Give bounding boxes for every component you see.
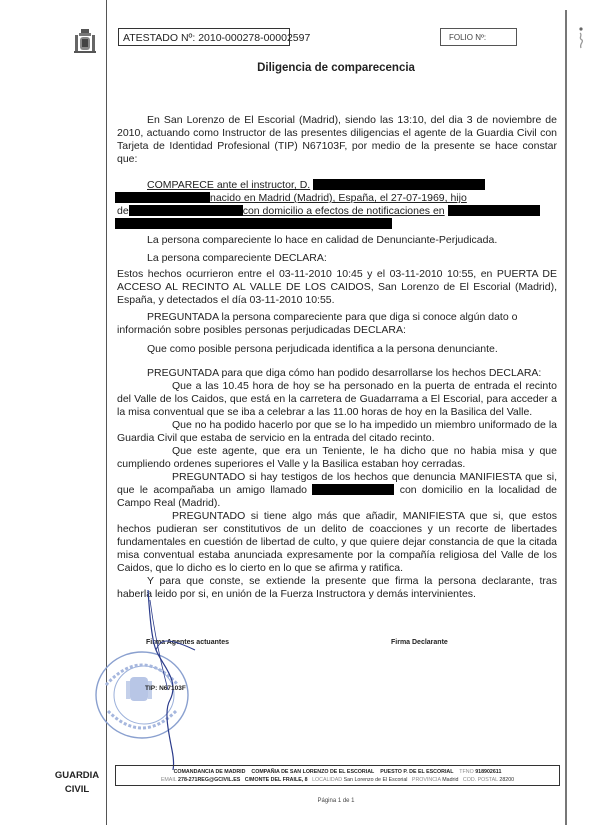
intro-paragraph: En San Lorenzo de El Escorial (Madrid), … xyxy=(117,114,557,166)
page-number: Página 1 de 1 xyxy=(107,798,565,804)
footer-localidad-label: LOCALIDAD xyxy=(312,777,342,783)
comparece-text-4: con domicilio a efectos de notificacione… xyxy=(243,205,445,217)
footer-comandancia: COMANDANCIA DE MADRID xyxy=(174,769,246,775)
folio-number: FOLIO Nº: xyxy=(440,28,517,46)
footer-tfno: 918902611 xyxy=(475,769,501,775)
footer-puesto: PUESTO P. DE EL ESCORIAL xyxy=(380,769,453,775)
redacted-address-2 xyxy=(115,218,392,229)
hechos-2-paragraph: Que no ha podido hacerlo por que se lo h… xyxy=(117,419,557,445)
document-title: Diligencia de comparecencia xyxy=(107,62,565,74)
hechos-3-paragraph: Que este agente, que era un Teniente, le… xyxy=(117,445,557,471)
footer-email-label: EMAIL xyxy=(161,777,177,783)
comparece-text-1: COMPARECE ante el instructor, D. xyxy=(147,179,310,191)
calidad-paragraph: La persona compareciente lo hace en cali… xyxy=(117,234,557,247)
preguntada-perjudicadas-paragraph: PREGUNTADA la persona compareciente para… xyxy=(117,311,557,337)
footer-cp: 28200 xyxy=(499,777,514,783)
redacted-address-1 xyxy=(448,205,540,216)
redacted-witness-name xyxy=(312,484,394,495)
testigos-paragraph: PREGUNTADO si hay testigos de los hechos… xyxy=(117,471,557,510)
respuesta-perjudicada-paragraph: Que como posible persona perjudicada ide… xyxy=(117,343,557,356)
coat-of-arms-icon xyxy=(74,29,96,54)
atestado-number: ATESTADO Nº: 2010-000278-00002597 xyxy=(118,28,290,46)
guardia-civil-line2: CIVIL xyxy=(52,783,102,797)
comparece-text-2: nacido en Madrid (Madrid), España, el 27… xyxy=(210,192,467,204)
comparece-text-3: de xyxy=(117,205,129,217)
footer-direccion: C/MONTE DEL FRAILE, 8 xyxy=(245,777,308,783)
footer-tfno-label: TFNO xyxy=(459,769,473,775)
footer-cp-label: COD. POSTAL xyxy=(463,777,498,783)
redacted-name xyxy=(313,179,485,190)
guardia-civil-label: GUARDIA CIVIL xyxy=(52,769,102,797)
tip-number: TIP: N67103F xyxy=(145,685,186,692)
redacted-parents xyxy=(129,205,243,216)
guardia-civil-line1: GUARDIA xyxy=(52,769,102,783)
footer-contact-box: COMANDANCIA DE MADRID COMPAÑIA DE SAN LO… xyxy=(115,765,560,786)
anadir-paragraph: PREGUNTADO si tiene algo más que añadir,… xyxy=(117,510,557,575)
footer-localidad: San Lorenzo de El Escorial xyxy=(344,777,408,783)
declarante-signature-label: Firma Declarante xyxy=(391,639,448,646)
page-frame-right xyxy=(565,10,567,825)
declara-heading: La persona compareciente DECLARA: xyxy=(117,252,557,265)
hechos-1-paragraph: Que a las 10.45 hora de hoy se ha person… xyxy=(117,380,557,419)
footer-email: 278-271REG@GCIVIL.ES xyxy=(178,777,240,783)
redacted-surname xyxy=(115,192,210,203)
footer-provincia-label: PROVINCIA xyxy=(412,777,441,783)
comparece-paragraph: COMPARECE ante el instructor, D. nacido … xyxy=(117,179,557,231)
hechos-paragraph: Estos hechos ocurrieron entre el 03-11-2… xyxy=(117,268,557,307)
footer-provincia: Madrid xyxy=(442,777,458,783)
preguntada-hechos-paragraph: PREGUNTADA para que diga cómo han podido… xyxy=(117,367,557,380)
footer-compania: COMPAÑIA DE SAN LORENZO DE EL ESCORIAL xyxy=(251,769,374,775)
handwritten-signature-icon xyxy=(140,590,200,770)
punch-hole-mark-icon xyxy=(575,26,587,50)
